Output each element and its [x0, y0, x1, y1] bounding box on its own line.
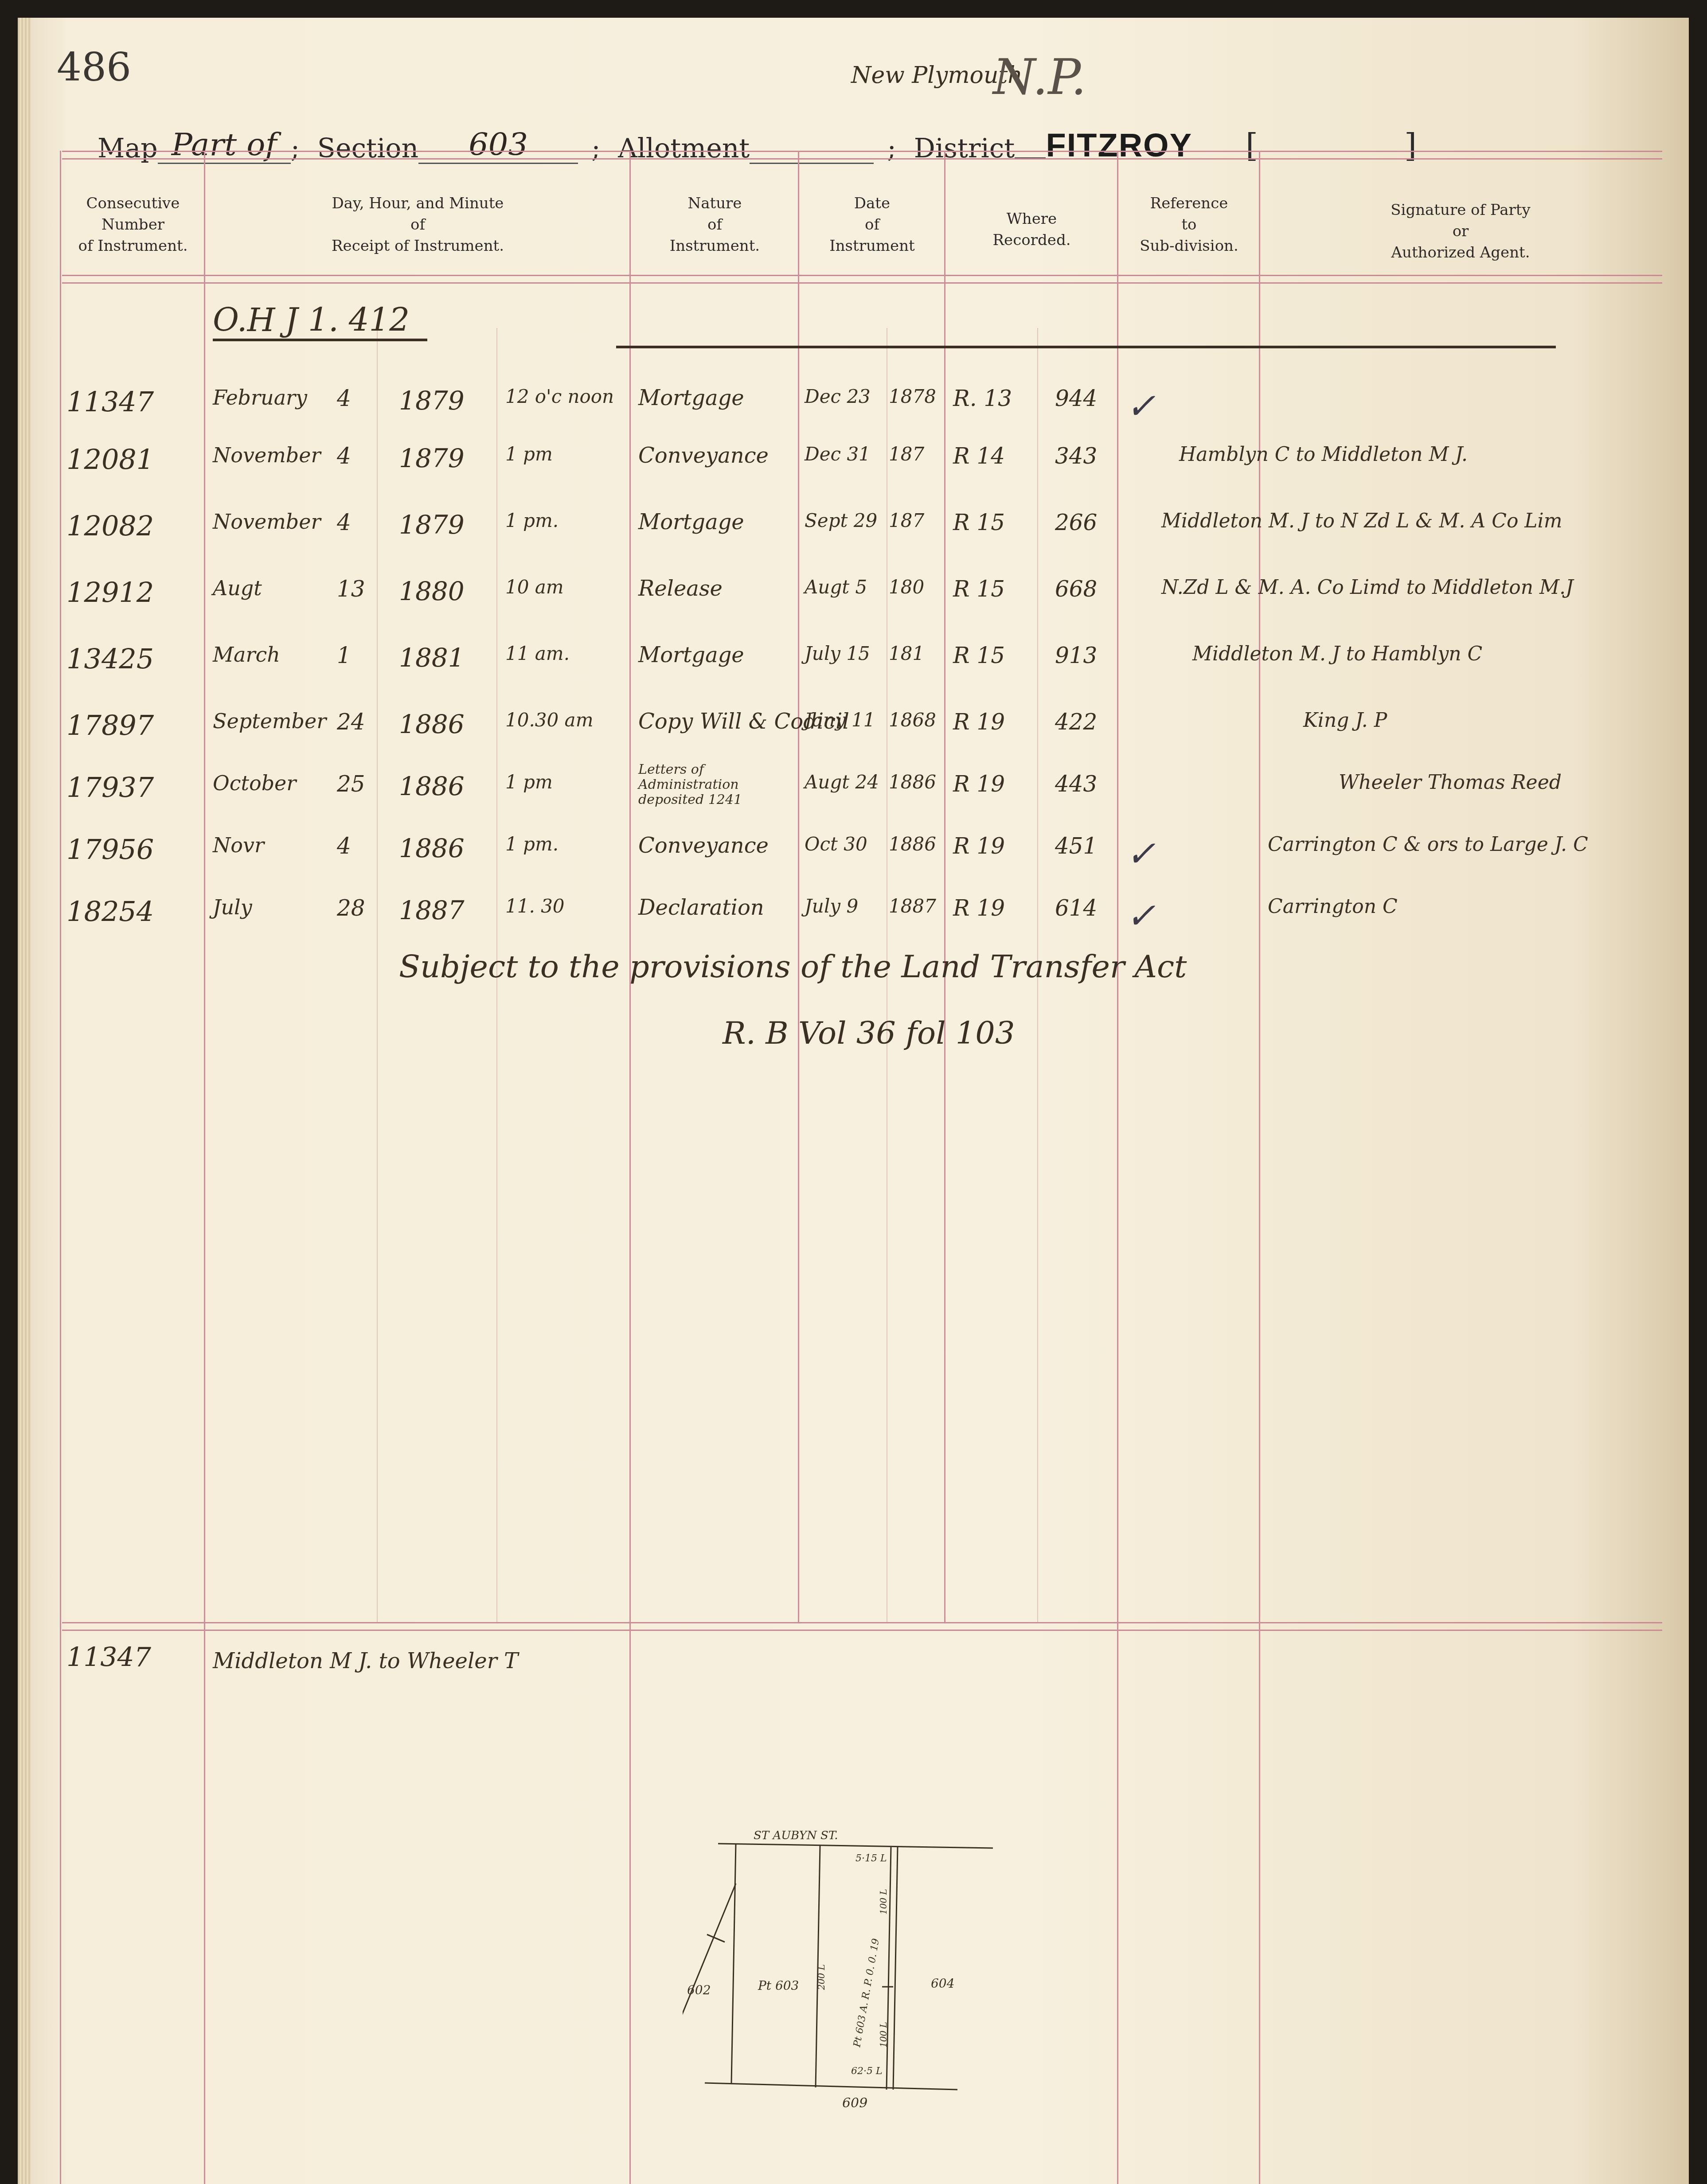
register-book-reference: R. B Vol 36 fol 103 — [723, 1015, 1015, 1051]
section-divider-rule — [62, 1622, 1662, 1631]
entry-signature: Carrington C — [1268, 895, 1398, 918]
entry-folio: 944 — [1055, 386, 1097, 411]
column-header-signature: Signature of Party or Authorized Agent. — [1261, 199, 1660, 263]
entry-time: 1 pm — [505, 443, 553, 465]
sketch-lines: ST AUBYN ST. 5·15 L 602 Pt 603 604 62·5 … — [683, 1826, 1020, 2110]
entry-date-year: 181 — [889, 643, 924, 664]
entry-nature: Mortgage — [638, 510, 744, 534]
column-rule — [798, 151, 799, 1622]
entry-signature: Hamblyn C to Middleton M J. — [1179, 443, 1468, 466]
entry-year: 1887 — [399, 895, 465, 925]
reference-rule — [616, 346, 1556, 348]
entry-book: R 19 — [953, 709, 1005, 735]
entry-nature: Declaration — [638, 895, 764, 920]
entry-month: February — [213, 386, 307, 409]
column-header-subdivision: Reference to Sub-division. — [1119, 193, 1259, 257]
column-rule — [944, 151, 945, 1622]
entry-year: 1886 — [399, 709, 465, 739]
entry-time: 10.30 am — [505, 709, 593, 731]
lot-604: 604 — [931, 1976, 954, 1991]
entry-date-year: 1878 — [889, 386, 936, 407]
entry-year: 1879 — [399, 510, 465, 540]
entry-month: November — [213, 510, 320, 534]
lower-entry-number: 11347 — [66, 1642, 151, 1673]
entry-book: R 15 — [953, 510, 1005, 535]
entry-number: 12082 — [66, 510, 154, 542]
column-header-date: Date of Instrument — [800, 193, 944, 257]
entry-signature: Middleton M. J to N Zd L & M. A Co Lim — [1161, 510, 1562, 532]
entry-date-year: 1868 — [889, 709, 936, 731]
column-rule — [629, 151, 631, 2184]
entry-day: 24 — [337, 709, 365, 735]
column-rule — [204, 151, 205, 2184]
entry-date-year: 187 — [889, 443, 924, 465]
entry-date: Sept 29 — [805, 510, 877, 531]
annotation-np: N.P. — [993, 49, 1086, 105]
entry-day: 25 — [337, 771, 365, 797]
entry-date: Jany 11 — [805, 709, 875, 731]
street-label: ST AUBYN ST. — [754, 1829, 838, 1842]
entry-month: Novr — [213, 833, 264, 857]
entry-day: 4 — [337, 510, 351, 535]
entry-time: 11 am. — [505, 643, 570, 664]
entry-date-year: 180 — [889, 576, 924, 598]
entry-date: July 15 — [805, 643, 870, 664]
entry-time: 12 o'c noon — [505, 386, 614, 407]
side-measure-right-top: 100 L — [878, 1889, 889, 1915]
entry-date: Augt 24 — [805, 771, 879, 793]
entry-folio: 443 — [1055, 771, 1097, 797]
entry-day: 4 — [337, 386, 351, 411]
entry-book: R 15 — [953, 643, 1005, 668]
entry-signature: King J. P — [1303, 709, 1387, 732]
page-stack-edge — [18, 18, 31, 2184]
entry-date-year: 1886 — [889, 771, 936, 793]
entry-date: July 9 — [805, 895, 858, 917]
entry-year: 1881 — [399, 643, 465, 673]
top-measure: 5·15 L — [855, 1853, 887, 1864]
entry-book: R 19 — [953, 895, 1005, 921]
entry-folio: 614 — [1055, 895, 1097, 921]
entry-month: Augt — [213, 576, 262, 600]
entry-time: 1 pm — [505, 771, 553, 793]
entry-folio: 913 — [1055, 643, 1097, 668]
entry-signature: N.Zd L & M. A. Co Limd to Middleton M.J — [1161, 576, 1574, 599]
entry-year: 1879 — [399, 386, 465, 416]
entry-month: July — [213, 895, 252, 919]
entry-year: 1886 — [399, 771, 465, 801]
entry-day: 4 — [337, 833, 351, 859]
ledger-page: 486 New Plymouth N.P. Map Part of ; Sect… — [18, 18, 1689, 2184]
column-header-where-recorded: Where Recorded. — [946, 208, 1117, 251]
entry-date-year: 1886 — [889, 833, 936, 855]
entry-number: 13425 — [66, 643, 154, 675]
entry-number: 12912 — [66, 576, 154, 608]
entry-day: 1 — [337, 643, 351, 668]
entry-book: R. 13 — [953, 386, 1012, 411]
entry-day: 13 — [337, 576, 365, 602]
entry-date: Augt 5 — [805, 576, 867, 598]
entry-day: 28 — [337, 895, 365, 921]
entry-folio: 451 — [1055, 833, 1097, 859]
header-rule-bottom — [62, 275, 1662, 284]
entry-time: 11. 30 — [505, 895, 565, 917]
page-number: 486 — [57, 44, 131, 90]
entry-nature: Letters of Administration deposited 1241 — [638, 762, 798, 807]
column-header-number: Consecutive Number of Instrument. — [62, 193, 204, 257]
column-header-receipt: Day, Hour, and Minute of Receipt of Inst… — [206, 193, 629, 257]
entry-nature: Conveyance — [638, 443, 769, 468]
reference-line: O.H J 1. 412 — [213, 301, 427, 341]
entry-book: R 19 — [953, 771, 1005, 797]
lot-pt-603: Pt 603 — [758, 1978, 799, 1993]
column-rule — [1117, 151, 1118, 2184]
entry-date: Oct 30 — [805, 833, 867, 855]
entry-time: 1 pm. — [505, 833, 559, 855]
side-measure-right-bottom: 100 L — [878, 2022, 889, 2047]
entry-month: October — [213, 771, 296, 795]
entry-number: 17956 — [66, 833, 154, 866]
column-header-nature: Nature of Instrument. — [632, 193, 798, 257]
entry-signature: Middleton M. J to Hamblyn C — [1192, 643, 1482, 665]
entry-number: 18254 — [66, 895, 154, 928]
entry-folio: 668 — [1055, 576, 1097, 602]
lower-entry-text: Middleton M J. to Wheeler T — [213, 1649, 518, 1673]
entry-nature: Mortgage — [638, 386, 744, 410]
entry-number: 12081 — [66, 443, 154, 476]
sub-column-rule — [377, 328, 378, 1622]
side-measure-left: 200 L — [816, 1964, 827, 1990]
entry-date-year: 1887 — [889, 895, 936, 917]
entry-year: 1886 — [399, 833, 465, 863]
entry-year: 1880 — [399, 576, 465, 606]
entry-number: 17897 — [66, 709, 154, 741]
entry-year: 1879 — [399, 443, 465, 473]
entry-signature: Carrington C & ors to Large J. C — [1268, 833, 1588, 856]
entry-number: 11347 — [66, 386, 154, 418]
entry-folio: 266 — [1055, 510, 1097, 535]
entry-date-year: 187 — [889, 510, 924, 531]
entry-day: 4 — [337, 443, 351, 469]
check-mark-icon: ✓ — [1126, 386, 1156, 427]
lot-sub-label: Pt 603 A. R. P. 0. 0. 19 — [852, 1938, 882, 2048]
lot-602: 602 — [687, 1983, 711, 1997]
entry-book: R 19 — [953, 833, 1005, 859]
entry-nature: Conveyance — [638, 833, 769, 858]
entry-signature: Wheeler Thomas Reed — [1339, 771, 1562, 794]
lot-609: 609 — [842, 2095, 867, 2110]
subject-note: Subject to the provisions of the Land Tr… — [399, 948, 1187, 985]
entry-nature: Mortgage — [638, 643, 744, 667]
entry-date: Dec 23 — [805, 386, 871, 407]
bottom-measure: 62·5 L — [851, 2066, 883, 2077]
entry-time: 1 pm. — [505, 510, 559, 531]
check-mark-icon: ✓ — [1126, 833, 1156, 874]
entry-folio: 343 — [1055, 443, 1097, 469]
entry-time: 10 am — [505, 576, 564, 598]
entry-month: September — [213, 709, 326, 733]
allotment-value — [750, 163, 874, 164]
entry-month: November — [213, 443, 320, 467]
entry-nature: Release — [638, 576, 723, 601]
survey-sketch: ST AUBYN ST. 5·15 L 602 Pt 603 604 62·5 … — [683, 1826, 1020, 2110]
entry-folio: 422 — [1055, 709, 1097, 735]
check-mark-icon: ✓ — [1126, 895, 1156, 936]
entry-number: 17937 — [66, 771, 154, 803]
column-rule — [60, 151, 61, 2184]
entry-book: R 15 — [953, 576, 1005, 602]
entry-month: March — [213, 643, 280, 667]
entry-book: R 14 — [953, 443, 1005, 469]
header-rule-top — [62, 151, 1662, 160]
entry-date: Dec 31 — [805, 443, 871, 465]
